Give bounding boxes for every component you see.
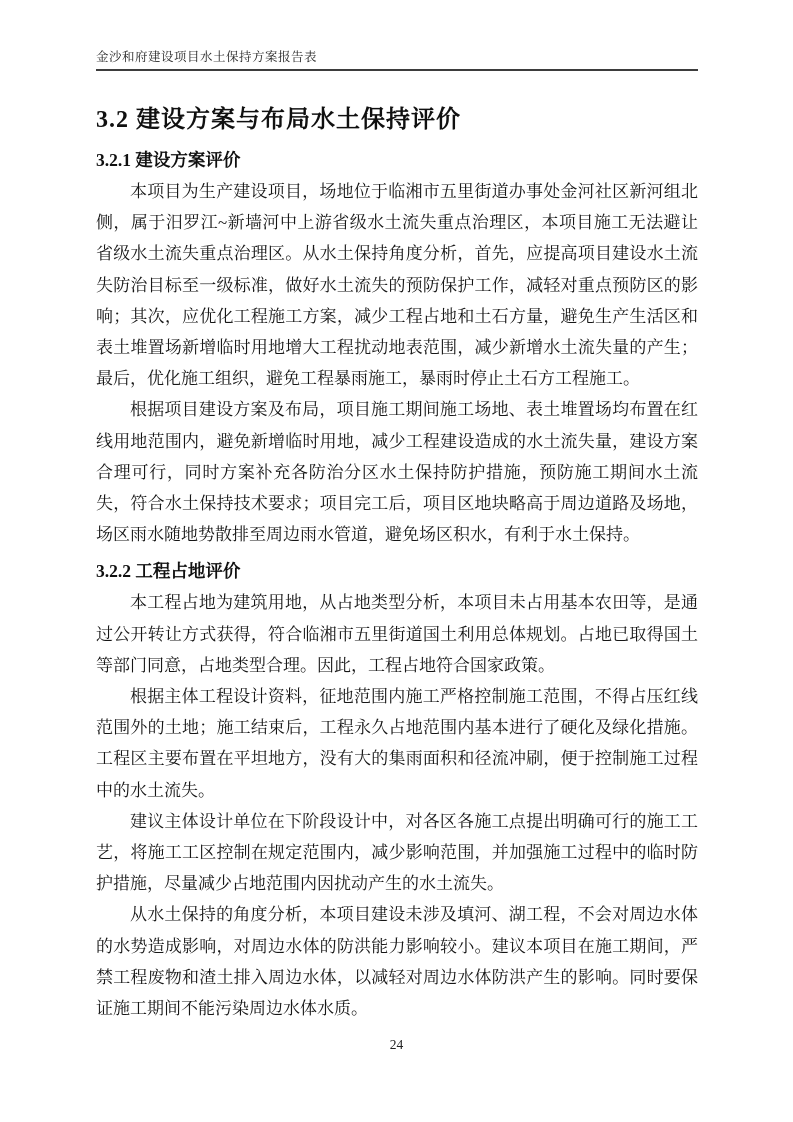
page-header: 金沙和府建设项目水土保持方案报告表: [96, 50, 698, 71]
paragraph: 根据主体工程设计资料，征地范围内施工严格控制施工范围，不得占压红线范围外的土地；…: [96, 681, 698, 806]
section-heading-3-2: 3.2 建设方案与布局水土保持评价: [96, 104, 698, 136]
paragraph: 根据项目建设方案及布局，项目施工期间施工场地、表土堆置场均布置在红线用地范围内，…: [96, 394, 698, 550]
subsection-heading-3-2-2: 3.2.2 工程占地评价: [96, 559, 698, 584]
paragraph: 本项目为生产建设项目，场地位于临湘市五里街道办事处金河社区新河组北侧，属于汨罗江…: [96, 176, 698, 394]
paragraph: 本工程占地为建筑用地，从占地类型分析，本项目未占用基本农田等，是通过公开转让方式…: [96, 587, 698, 681]
document-page: 金沙和府建设项目水土保持方案报告表 3.2 建设方案与布局水土保持评价 3.2.…: [0, 0, 793, 1122]
page-footer: 24: [0, 1036, 793, 1054]
subsection-heading-3-2-1: 3.2.1 建设方案评价: [96, 148, 698, 173]
page-number: 24: [390, 1037, 404, 1052]
paragraph: 从水土保持的角度分析，本项目建设未涉及填河、湖工程，不会对周边水体的水势造成影响…: [96, 899, 698, 1024]
paragraph: 建议主体设计单位在下阶段设计中，对各区各施工点提出明确可行的施工工艺，将施工工区…: [96, 806, 698, 900]
header-title: 金沙和府建设项目水土保持方案报告表: [96, 50, 698, 65]
document-body: 3.2 建设方案与布局水土保持评价 3.2.1 建设方案评价 本项目为生产建设项…: [96, 104, 698, 1024]
